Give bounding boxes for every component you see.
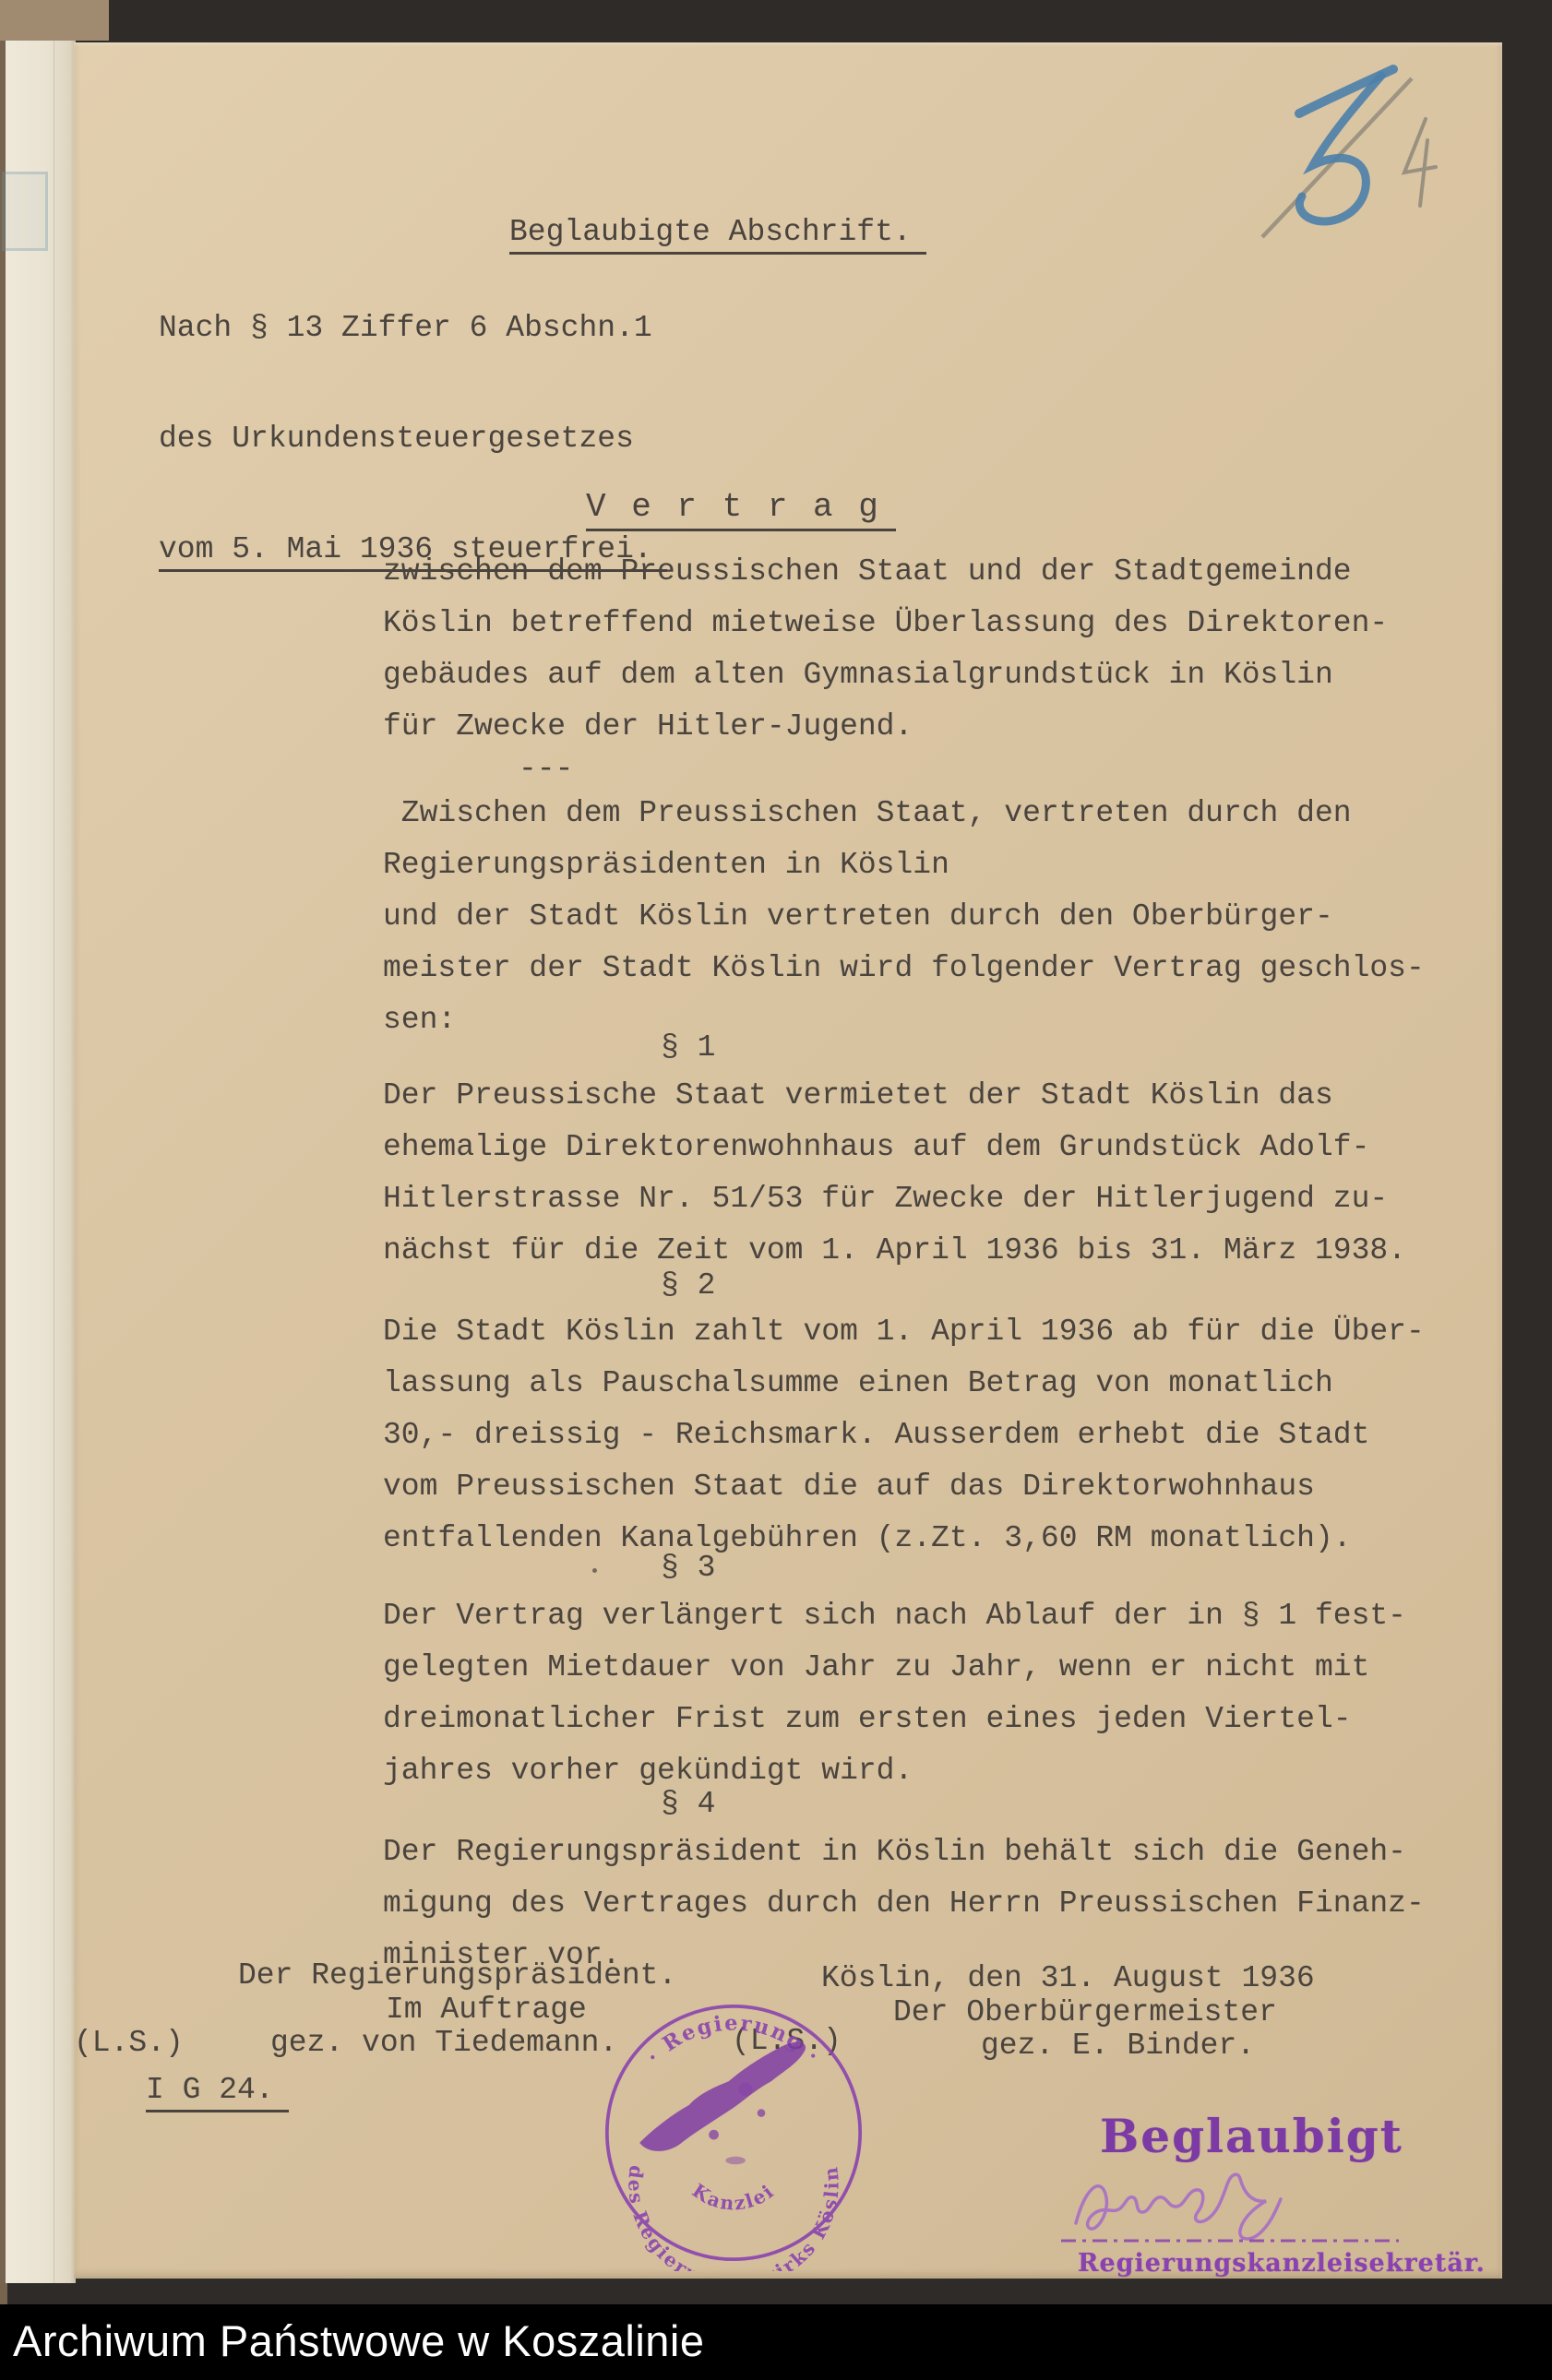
archive-caption-bar: Archiwum Państwowe w Koszalinie	[0, 2304, 1552, 2380]
handwritten-page-numbers	[1236, 51, 1476, 263]
archive-name: Archiwum Państwowe w Koszalinie	[0, 2304, 1552, 2378]
bleed-through-stamp	[2, 172, 48, 251]
intro-paragraph: zwischen dem Preussischen Staat und der …	[383, 546, 1388, 753]
signed-e-binder: gez. E. Binder.	[981, 2029, 1255, 2063]
section-1-body: Der Preussische Staat vermietet der Stad…	[383, 1070, 1406, 1277]
section-3-heading: § 3	[661, 1542, 715, 1594]
parties-paragraph: Zwischen dem Preussischen Staat, vertret…	[383, 788, 1425, 1046]
file-reference: I G 24.	[146, 2074, 289, 2107]
secretary-title: Regierungskanzleisekretär.	[1078, 2249, 1486, 2278]
round-office-stamp: · Regierung · des Regierungsbezirks Kösl…	[595, 1994, 872, 2271]
photo-background: Beglaubigte Abschrift. Nach § 13 Ziffer …	[0, 0, 1552, 2380]
stray-ink-dot	[592, 1568, 597, 1573]
tax-note-line1: Nach § 13 Ziffer 6 Abschn.1	[159, 311, 652, 345]
tax-note-lines: Nach § 13 Ziffer 6 Abschn.1 des Urkunden…	[159, 301, 667, 577]
binding-top	[0, 0, 109, 41]
certified-copy-text: Beglaubigte Abschrift.	[509, 215, 926, 255]
pencil-four	[1404, 119, 1436, 206]
page-edge-line	[54, 26, 54, 2283]
document-title: V e r t r a g	[586, 482, 896, 533]
handwritten-signature	[1059, 2151, 1410, 2248]
certified-copy-note: Beglaubigte Abschrift.	[509, 207, 926, 258]
section-2-heading: § 2	[661, 1260, 715, 1312]
signature-place-date: Köslin, den 31. August 1936	[821, 1962, 1315, 1995]
tax-note-line2: des Urkundensteuergesetzes	[159, 422, 634, 456]
signature-right-title: Der Oberbürgermeister	[893, 1996, 1277, 2029]
section-4-heading: § 4	[661, 1779, 715, 1830]
signature-left-title: Der Regierungspräsident.	[238, 1959, 676, 1993]
signature-stroke	[1076, 2174, 1281, 2239]
signature-by-order: Im Auftrage	[386, 1993, 587, 2027]
stamp-inner-text: Kanzlei	[688, 2179, 779, 2214]
seal-mark-left: (L.S.)	[74, 2027, 184, 2060]
section-2-body: Die Stadt Köslin zahlt vom 1. April 1936…	[383, 1306, 1425, 1565]
section-1-heading: § 1	[661, 1022, 715, 1074]
page-stack-edge	[6, 26, 76, 2283]
signed-von-tiedemann: gez. von Tiedemann.	[270, 2027, 617, 2060]
section-3-body: Der Vertrag verlängert sich nach Ablauf …	[383, 1590, 1406, 1797]
stamp-bottom-text: des Regierungsbezirks Köslin	[624, 2164, 843, 2271]
